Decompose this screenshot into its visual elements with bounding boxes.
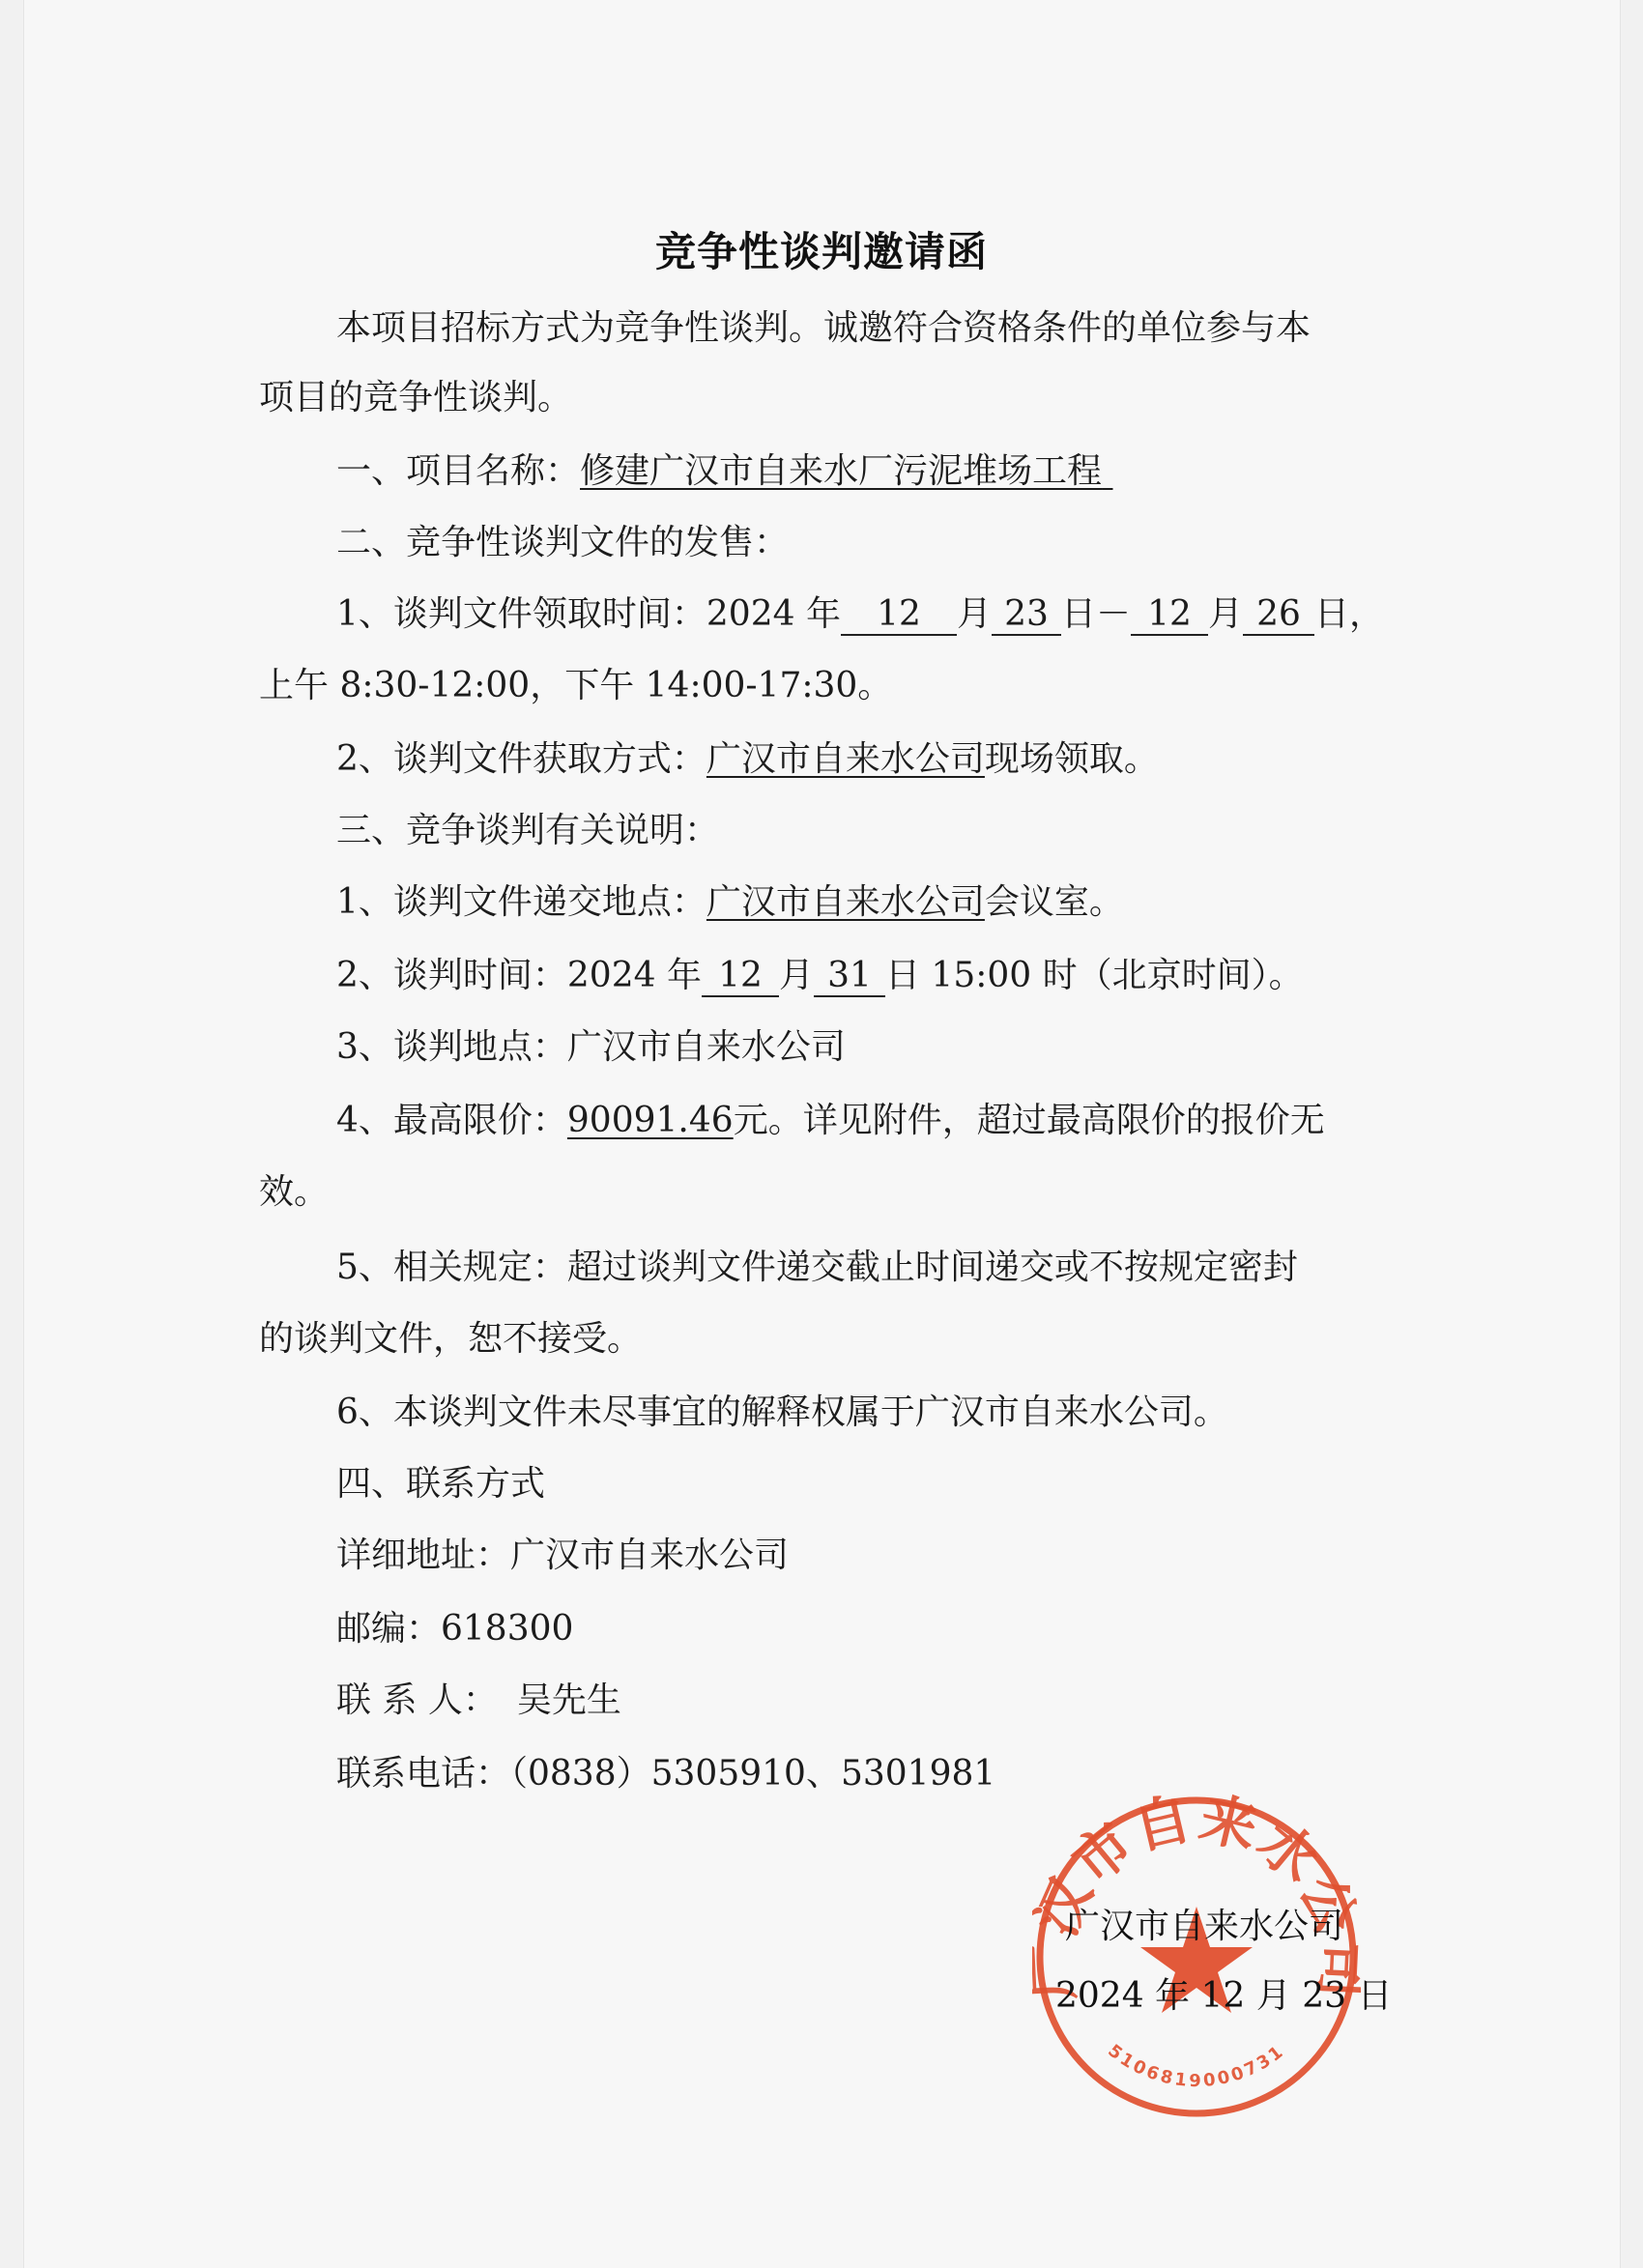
interpretation-line: 6、本谈判文件未尽事宜的解释权属于广汉市自来水公司。 [336,1392,1228,1434]
project-name-label: 一、项目名称： [336,451,580,491]
pickup-org: 广汉市自来水公司 [706,739,985,779]
signature-date: 2024 年 12 月 23 日 [1055,1975,1392,2018]
negotiation-month-blank: 12 [702,957,779,997]
rules-line-2: 的谈判文件，恕不接受。 [259,1318,642,1361]
month-char: 月 [957,594,992,634]
negotiation-day-blank: 31 [814,957,885,997]
negotiation-time-suffix: 日 15:00 时（北京时间）。 [885,956,1304,995]
max-price-label: 4、最高限价： [336,1101,567,1140]
pickup-method-label: 2、谈判文件获取方式： [336,739,706,779]
section-2-heading: 二、竞争性谈判文件的发售： [336,522,789,564]
negotiation-time-label: 2、谈判时间：2024 年 [336,956,702,995]
month-char: 月 [779,956,814,995]
submission-suffix: 会议室。 [985,882,1124,922]
submission-org: 广汉市自来水公司 [706,882,985,922]
official-seal-icon: 广汉市自来水公司 5106819000731 [1032,1793,1361,2121]
pickup-hours-line: 上午 8:30-12:00，下午 14:00-17:30。 [259,665,892,707]
pickup-time-line: 1、谈判文件领取时间：2024 年12月23日－12月26日， [336,593,1384,636]
end-day-blank: 26 [1243,595,1314,636]
svg-text:5106819000731: 5106819000731 [1104,2041,1288,2091]
rules-line-1: 5、相关规定：超过谈判文件递交截止时间递交或不按规定密封 [336,1247,1298,1289]
max-price-line: 4、最高限价：90091.46元。详见附件，超过最高限价的报价无 [336,1100,1325,1142]
contact-person-line: 联 系 人：吴先生 [336,1679,621,1722]
end-month-blank: 12 [1131,595,1208,636]
address-line: 详细地址：广汉市自来水公司 [336,1535,789,1577]
section-3-heading: 三、竞争谈判有关说明： [336,810,719,852]
postcode-line: 邮编：618300 [336,1608,573,1651]
intro-line-2: 项目的竞争性谈判。 [259,377,572,419]
section-4-heading: 四、联系方式 [336,1463,545,1506]
pickup-method-line: 2、谈判文件获取方式：广汉市自来水公司现场领取。 [336,738,1159,781]
document-title: 竞争性谈判邀请函 [0,220,1643,278]
start-month-blank: 12 [841,595,957,636]
max-price-value: 90091.46 [567,1101,734,1140]
submission-location-label: 1、谈判文件递交地点： [336,882,706,922]
signature-company: 广汉市自来水公司 [1065,1906,1343,1948]
phone-line: 联系电话：（0838）5305910、5301981 [336,1753,995,1795]
day-dash: 日－ [1061,594,1131,634]
section-project-name: 一、项目名称：修建广汉市自来水厂污泥堆场工程 [336,450,1112,493]
contact-person-name: 吴先生 [517,1680,621,1720]
pickup-time-label: 1、谈判文件领取时间：2024 年 [336,594,841,634]
intro-line-1: 本项目招标方式为竞争性谈判。诚邀符合资格条件的单位参与本 [336,307,1311,350]
max-price-line-2: 效。 [259,1171,329,1214]
max-price-suffix: 元。详见附件，超过最高限价的报价无 [734,1101,1325,1140]
project-name-value: 修建广汉市自来水厂污泥堆场工程 [580,451,1102,491]
start-day-blank: 23 [992,595,1061,636]
pickup-suffix: 现场领取。 [985,739,1159,779]
submission-location-line: 1、谈判文件递交地点：广汉市自来水公司会议室。 [336,881,1124,924]
day-comma: 日， [1314,594,1384,634]
negotiation-time-line: 2、谈判时间：2024 年12月31日 15:00 时（北京时间）。 [336,955,1304,997]
underline-padding [1102,451,1112,491]
negotiation-place-line: 3、谈判地点：广汉市自来水公司 [336,1026,846,1069]
contact-person-label: 联 系 人： [336,1680,498,1720]
month-char: 月 [1208,594,1243,634]
